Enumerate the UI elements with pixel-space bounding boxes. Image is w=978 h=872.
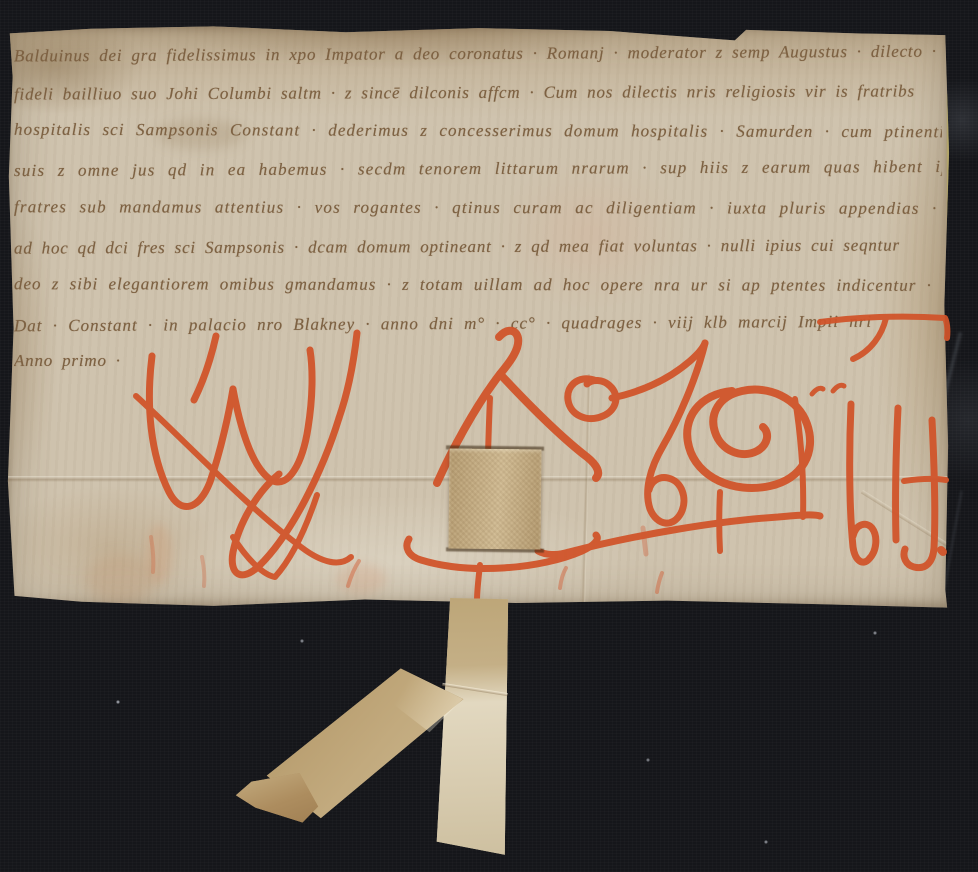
seal-tag-front-strip — [448, 449, 541, 550]
photo-of-charter: Balduinus dei gra fidelissimus in xpo Im… — [0, 0, 978, 872]
